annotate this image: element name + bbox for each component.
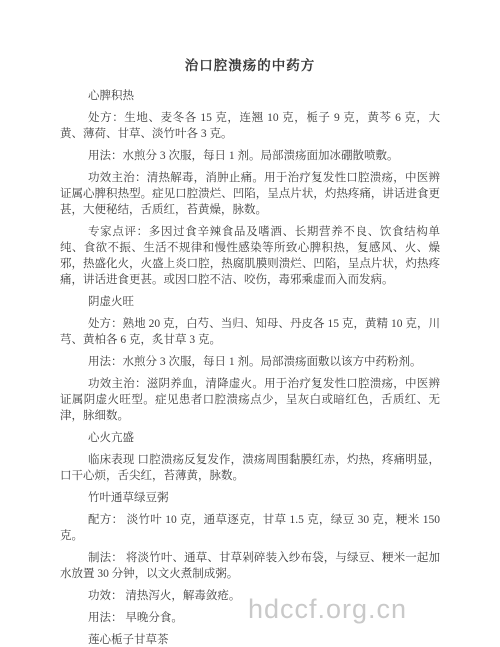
paragraph: 功效主治：滋阴养血，清降虚火。用于治疗复发性口腔溃疡，中医辨证属阴虚火旺型。症见…	[60, 376, 440, 424]
section-heading: 阴虚火旺	[60, 294, 440, 310]
paragraph: 功效： 清热泻火，解毒敛疮。	[60, 588, 440, 604]
document-body: 心脾积热处方：生地、麦冬各 15 克，连翘 10 克，栀子 9 克，黄芩 6 克…	[60, 88, 440, 647]
paragraph: 用法：水煎分 3 次服，每日 1 剂。局部溃疡面加冰硼散喷敷。	[60, 148, 440, 164]
paragraph: 处方：熟地 20 克，白芍、当归、知母、丹皮各 15 克，黄精 10 克，川芎、…	[60, 316, 440, 348]
page-title: 治口腔溃疡的中药方	[0, 0, 500, 75]
section-heading: 竹叶通草绿豆粥	[60, 490, 440, 506]
paragraph: 制法： 将淡竹叶、通草、甘草剁碎装入纱布袋，与绿豆、粳米一起加水放置 30 分钟…	[60, 550, 440, 582]
document-page: 治口腔溃疡的中药方 心脾积热处方：生地、麦冬各 15 克，连翘 10 克，栀子 …	[0, 0, 500, 647]
section-heading: 心火亢盛	[60, 430, 440, 446]
paragraph: 专家点评：多因过食辛辣食品及嗜酒、长期营养不良、饮食结构单纯、食欲不振、生活不规…	[60, 224, 440, 288]
paragraph: 临床表现 口腔溃疡反复发作，溃疡周围黏膜红赤，灼热，疼痛明显，口干心烦，舌尖红，…	[60, 452, 440, 484]
section-heading: 莲心栀子甘草茶	[60, 632, 440, 647]
paragraph: 用法： 早晚分食。	[60, 610, 440, 626]
section-heading: 心脾积热	[60, 88, 440, 104]
paragraph: 处方：生地、麦冬各 15 克，连翘 10 克，栀子 9 克，黄芩 6 克，大黄、…	[60, 110, 440, 142]
paragraph: 用法：水煎分 3 次服，每日 1 剂。局部溃疡面敷以该方中药粉剂。	[60, 354, 440, 370]
paragraph: 功效主治：清热解毒，消肿止痛。用于治疗复发性口腔溃疡，中医辨证属心脾积热型。症见…	[60, 170, 440, 218]
paragraph: 配方： 淡竹叶 10 克，通草逐克，甘草 1.5 克，绿豆 30 克，粳米 15…	[60, 512, 440, 544]
